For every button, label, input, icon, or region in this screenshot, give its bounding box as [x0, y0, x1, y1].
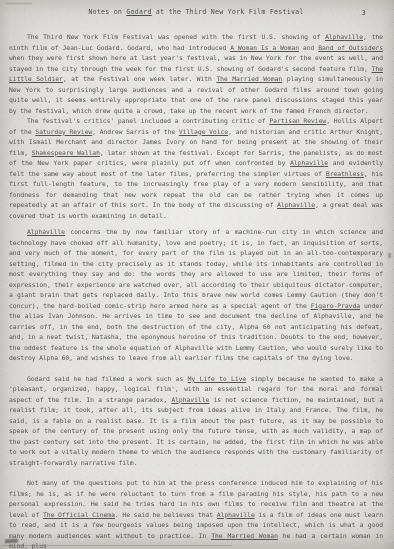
body-text: The festival's critics' panel included a… — [27, 117, 269, 125]
underlined-text: Alphaville — [325, 33, 363, 41]
underlined-text: Saturday Review — [35, 128, 92, 136]
underlined-text: Breathless — [326, 170, 364, 178]
body-text: when they were first shown here at last … — [9, 54, 383, 73]
paragraph-1: The Third New York Film Festival was ope… — [9, 32, 383, 116]
underlined-text: The Married Woman — [216, 75, 282, 83]
body-text: , at the Festival one week later. With — [63, 75, 216, 83]
paragraph-2: The festival's critics' panel included a… — [9, 116, 383, 221]
body-text: under the alias Ivan Johnson. He arrives… — [9, 302, 383, 363]
underlined-text: Figaro-Pravda — [311, 302, 360, 310]
scan-artifact — [6, 3, 32, 4]
body-text: The Third New York Film Festival was ope… — [27, 33, 325, 41]
body-text: , Andrew Sarris of the — [92, 128, 179, 136]
body-text: at the Third New York Film Festival — [152, 8, 304, 16]
underlined-text: Alphaville — [277, 201, 315, 209]
scan-artifact — [388, 253, 391, 258]
underlined-text: Village Voice — [179, 128, 228, 136]
underlined-text: Alphaville — [290, 159, 328, 167]
body-text: . He said he believes that — [115, 511, 217, 519]
paragraph-4: Godard said he had filmed a work such as… — [9, 374, 383, 469]
underlined-text: Band of Outsiders — [318, 44, 383, 52]
paragraph-3: Alphaville concerns the by now familiar … — [9, 227, 383, 364]
underlined-text: Godard — [126, 8, 151, 16]
title-row: Notes on Godard at the Third New York Fi… — [9, 8, 383, 21]
underlined-text: The Married Woman — [211, 532, 278, 540]
paragraph-5: Not many of the questions put to him at … — [9, 478, 383, 549]
body-text: concerns the by now familiar story of a … — [9, 228, 383, 310]
scanned-page: Notes on Godard at the Third New York Fi… — [0, 0, 394, 549]
document-body: The Third New York Film Festival was ope… — [9, 32, 383, 549]
document-title: Notes on Godard at the Third New York Fi… — [88, 8, 303, 16]
underlined-text: A Woman Is a Woman — [230, 44, 299, 52]
body-text: Notes on — [88, 8, 126, 16]
body-text: and — [299, 44, 318, 52]
underlined-text: My Life to Live — [188, 375, 247, 383]
underlined-text: Alphaville — [171, 396, 209, 404]
underlined-text: Shakespeare Wallah — [32, 149, 100, 157]
underlined-text: The Official Cinema — [43, 511, 115, 519]
document-text: Notes on Godard at the Third New York Fi… — [9, 8, 383, 549]
body-text: is not science fiction, he maintained, b… — [9, 396, 383, 467]
underlined-text: Alphaville — [217, 511, 255, 519]
page-number: 3 — [362, 9, 366, 17]
underlined-text: Alphaville — [27, 228, 65, 236]
underlined-text: Partisan Review — [269, 117, 326, 125]
body-text: Godard said he had filmed a work such as — [27, 375, 188, 383]
